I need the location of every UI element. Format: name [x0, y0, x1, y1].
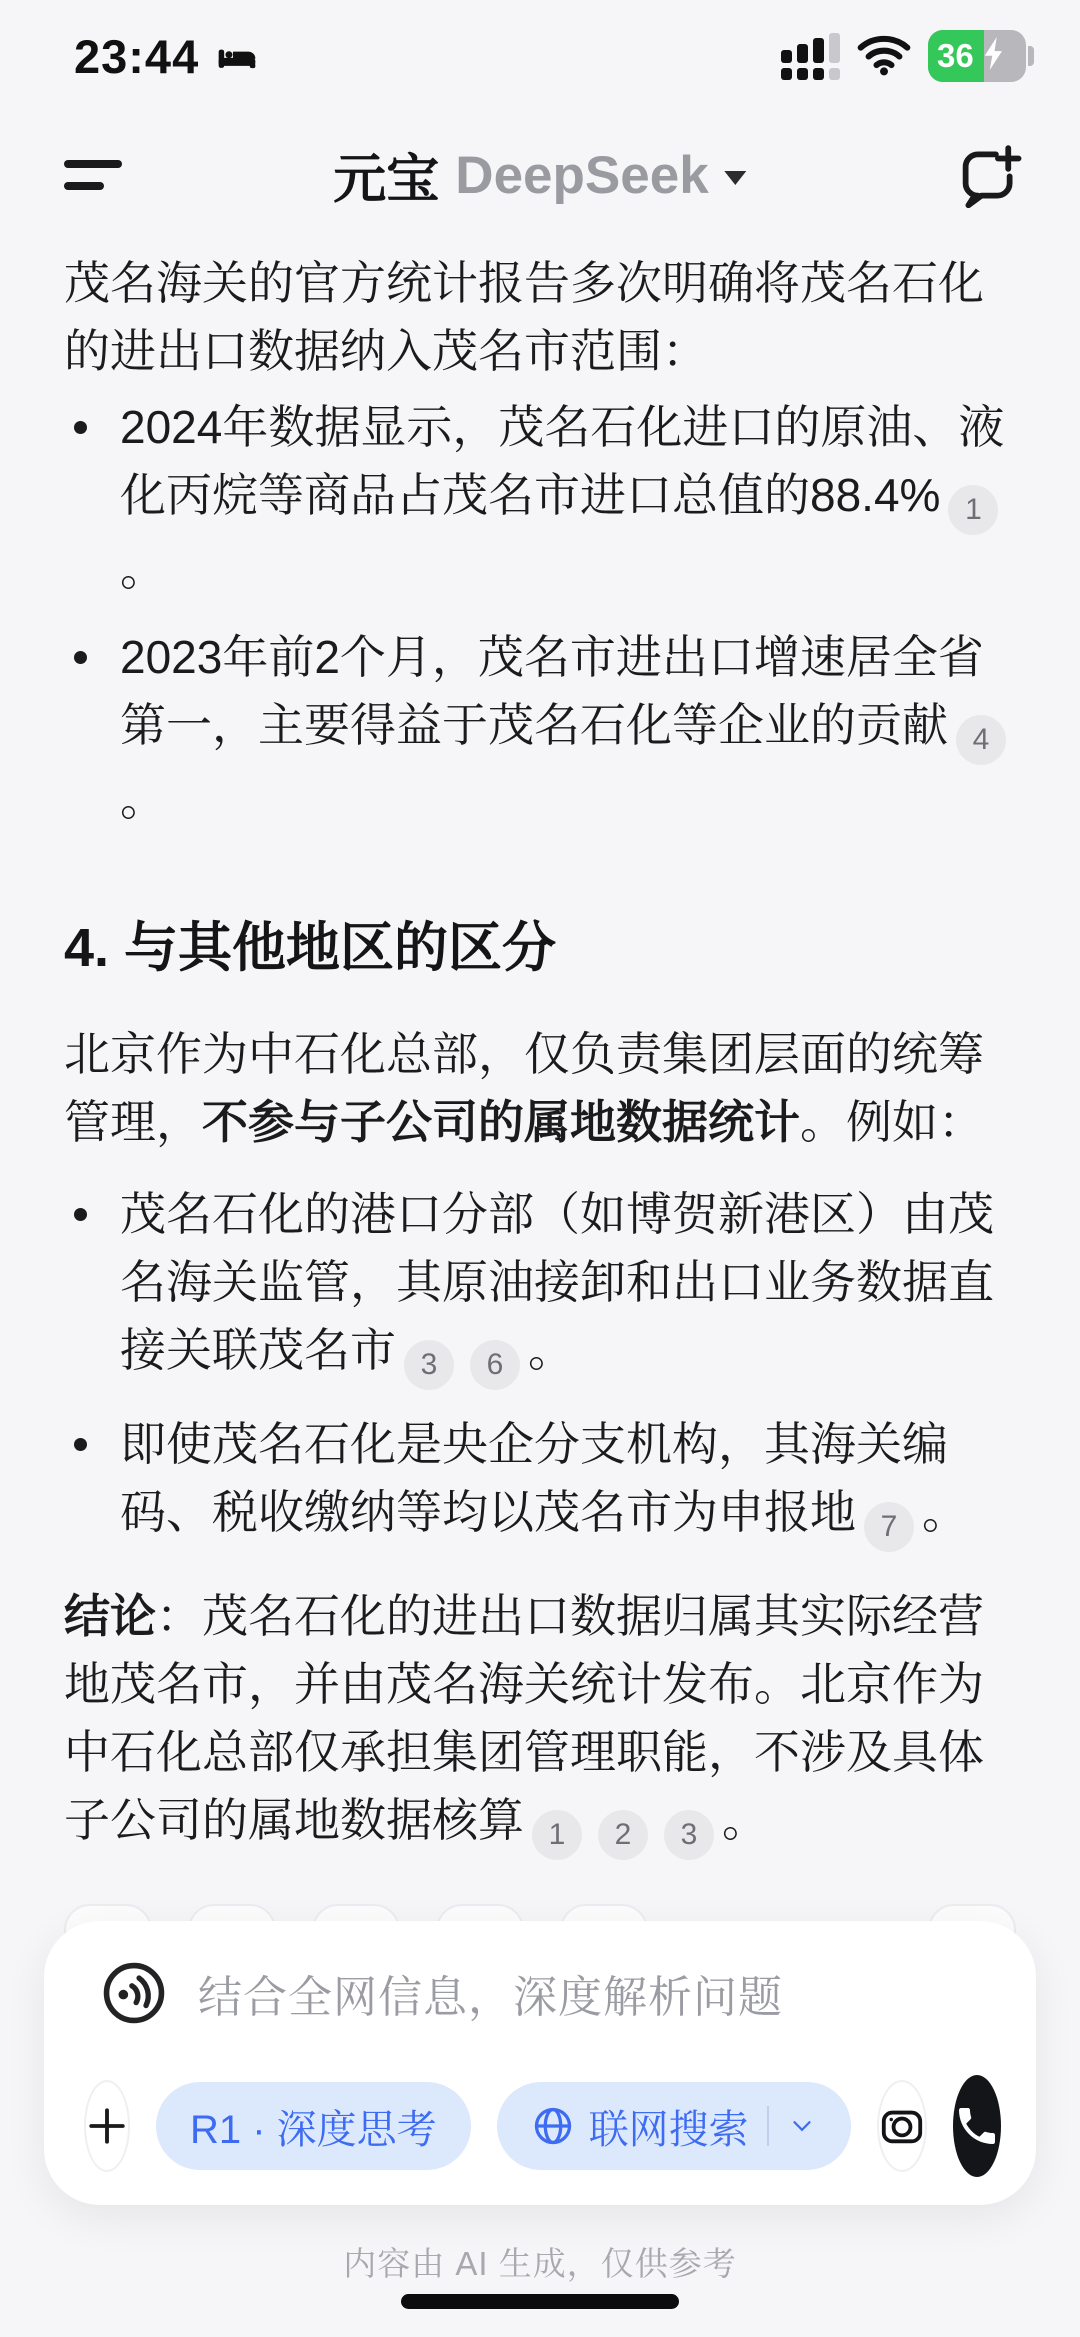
voice-call-button[interactable] — [953, 2075, 1001, 2177]
battery-percent: 36 — [937, 37, 974, 75]
conclusion-suffix: 。 — [722, 1794, 768, 1846]
chevron-down-icon — [787, 2111, 817, 2141]
list-item-text: 2023年前2个月，茂名市进出口增速居全省第一，主要得益于茂名石化等企业的贡献 — [120, 631, 984, 751]
list-item-suffix: 。 — [922, 1486, 968, 1538]
bedtime-icon — [215, 34, 259, 78]
new-chat-icon — [956, 142, 1022, 208]
home-indicator[interactable] — [401, 2294, 679, 2309]
status-bar: 23:44 — [0, 0, 1080, 112]
wifi-icon — [856, 34, 912, 78]
section-heading: 4. 与其他地区的区分 — [64, 918, 1016, 978]
cellular-signal-icon — [781, 33, 840, 80]
list-item: 即使茂名石化是央企分支机构，其海关编码、税收缴纳等均以茂名市为申报地7。 — [64, 1410, 1016, 1552]
camera-button[interactable] — [877, 2080, 927, 2172]
list-item: 2023年前2个月，茂名市进出口增速居全省第一，主要得益于茂名石化等企业的贡献4… — [64, 623, 1016, 833]
input-placeholder: 结合全网信息，深度解析问题 — [198, 1961, 783, 2025]
phone-icon — [953, 2102, 1001, 2150]
model-name: DeepSeek — [455, 145, 708, 206]
bullet-list-2: 茂名石化的港口分部（如博贺新港区）由茂名海关监管，其原油接卸和出口业务数据直接关… — [64, 1180, 1016, 1552]
conclusion-text: ：茂名石化的进出口数据归属其实际经营地茂名市，并由茂名海关统计发布。北京作为中石… — [64, 1590, 984, 1846]
list-item: 2024年数据显示，茂名石化进口的原油、液化丙烷等商品占茂名市进口总值的88.4… — [64, 393, 1016, 603]
header: 元宝 DeepSeek — [0, 112, 1080, 238]
battery-indicator: 36 — [928, 30, 1026, 82]
citation-badge[interactable]: 2 — [598, 1810, 648, 1860]
assistant-message: 茂名海关的官方统计报告多次明确将茂名石化的进出口数据纳入茂名市范围： 2024年… — [0, 238, 1080, 1996]
model-selector[interactable]: 元宝 DeepSeek — [333, 137, 746, 213]
web-search-toggle[interactable]: 联网搜索 — [497, 2082, 851, 2170]
citation-badge[interactable]: 7 — [864, 1502, 914, 1552]
deep-think-toggle[interactable]: R1 · 深度思考 — [156, 2082, 471, 2170]
citation-badge[interactable]: 3 — [404, 1340, 454, 1390]
composer-toolbar: R1 · 深度思考 联网搜索 — [84, 2075, 996, 2177]
composer-card: 结合全网信息，深度解析问题 R1 · 深度思考 联网搜索 — [44, 1921, 1036, 2205]
web-search-label: 联网搜索 — [589, 2098, 749, 2155]
list-item-suffix: 。 — [528, 1324, 574, 1376]
pill-divider — [767, 2106, 769, 2146]
citation-badge[interactable]: 3 — [664, 1810, 714, 1860]
citation-badge[interactable]: 6 — [470, 1340, 520, 1390]
conclusion-paragraph: 结论：茂名石化的进出口数据归属其实际经营地茂名市，并由茂名海关统计发布。北京作为… — [64, 1582, 1016, 1860]
citation-badge[interactable]: 1 — [948, 485, 998, 535]
app-title: 元宝 — [333, 137, 439, 213]
plus-icon — [86, 2105, 128, 2147]
intro-paragraph: 茂名海关的官方统计报告多次明确将茂名石化的进出口数据纳入茂名市范围： — [64, 249, 1016, 385]
message-input[interactable]: 结合全网信息，深度解析问题 — [44, 1921, 1036, 2025]
clock: 23:44 — [74, 29, 199, 84]
globe-icon — [531, 2104, 575, 2148]
ai-disclaimer: 内容由 AI 生成，仅供参考 — [0, 2238, 1080, 2285]
voice-wave-icon — [102, 1961, 166, 2025]
new-chat-button[interactable] — [956, 142, 1022, 208]
citation-badge[interactable]: 1 — [532, 1810, 582, 1860]
list-item: 茂名石化的港口分部（如博贺新港区）由茂名海关监管，其原油接卸和出口业务数据直接关… — [64, 1180, 1016, 1390]
app-screen: 23:44 — [0, 0, 1080, 2337]
paragraph-text: 。例如： — [800, 1096, 984, 1148]
camera-icon — [879, 2103, 925, 2149]
citation-badge[interactable]: 4 — [956, 715, 1006, 765]
list-item-suffix: 。 — [120, 773, 166, 825]
charging-bolt-icon — [978, 36, 1008, 77]
paragraph-bold-text: 不参与子公司的属地数据统计 — [202, 1096, 800, 1148]
list-item-text: 2024年数据显示，茂名石化进口的原油、液化丙烷等商品占茂名市进口总值的88.4… — [120, 401, 1004, 521]
deep-think-label: R1 · 深度思考 — [190, 2098, 437, 2155]
bullet-list-1: 2024年数据显示，茂名石化进口的原油、液化丙烷等商品占茂名市进口总值的88.4… — [64, 393, 1016, 833]
list-item-text: 即使茂名石化是央企分支机构，其海关编码、税收缴纳等均以茂名市为申报地 — [120, 1418, 948, 1538]
chevron-down-icon — [725, 171, 747, 185]
add-attachment-button[interactable] — [84, 2080, 130, 2172]
list-item-suffix: 。 — [120, 543, 166, 595]
menu-button[interactable] — [64, 151, 128, 199]
conclusion-label: 结论 — [64, 1590, 156, 1642]
body-paragraph: 北京作为中石化总部，仅负责集团层面的统筹管理，不参与子公司的属地数据统计。例如： — [64, 1020, 1016, 1156]
